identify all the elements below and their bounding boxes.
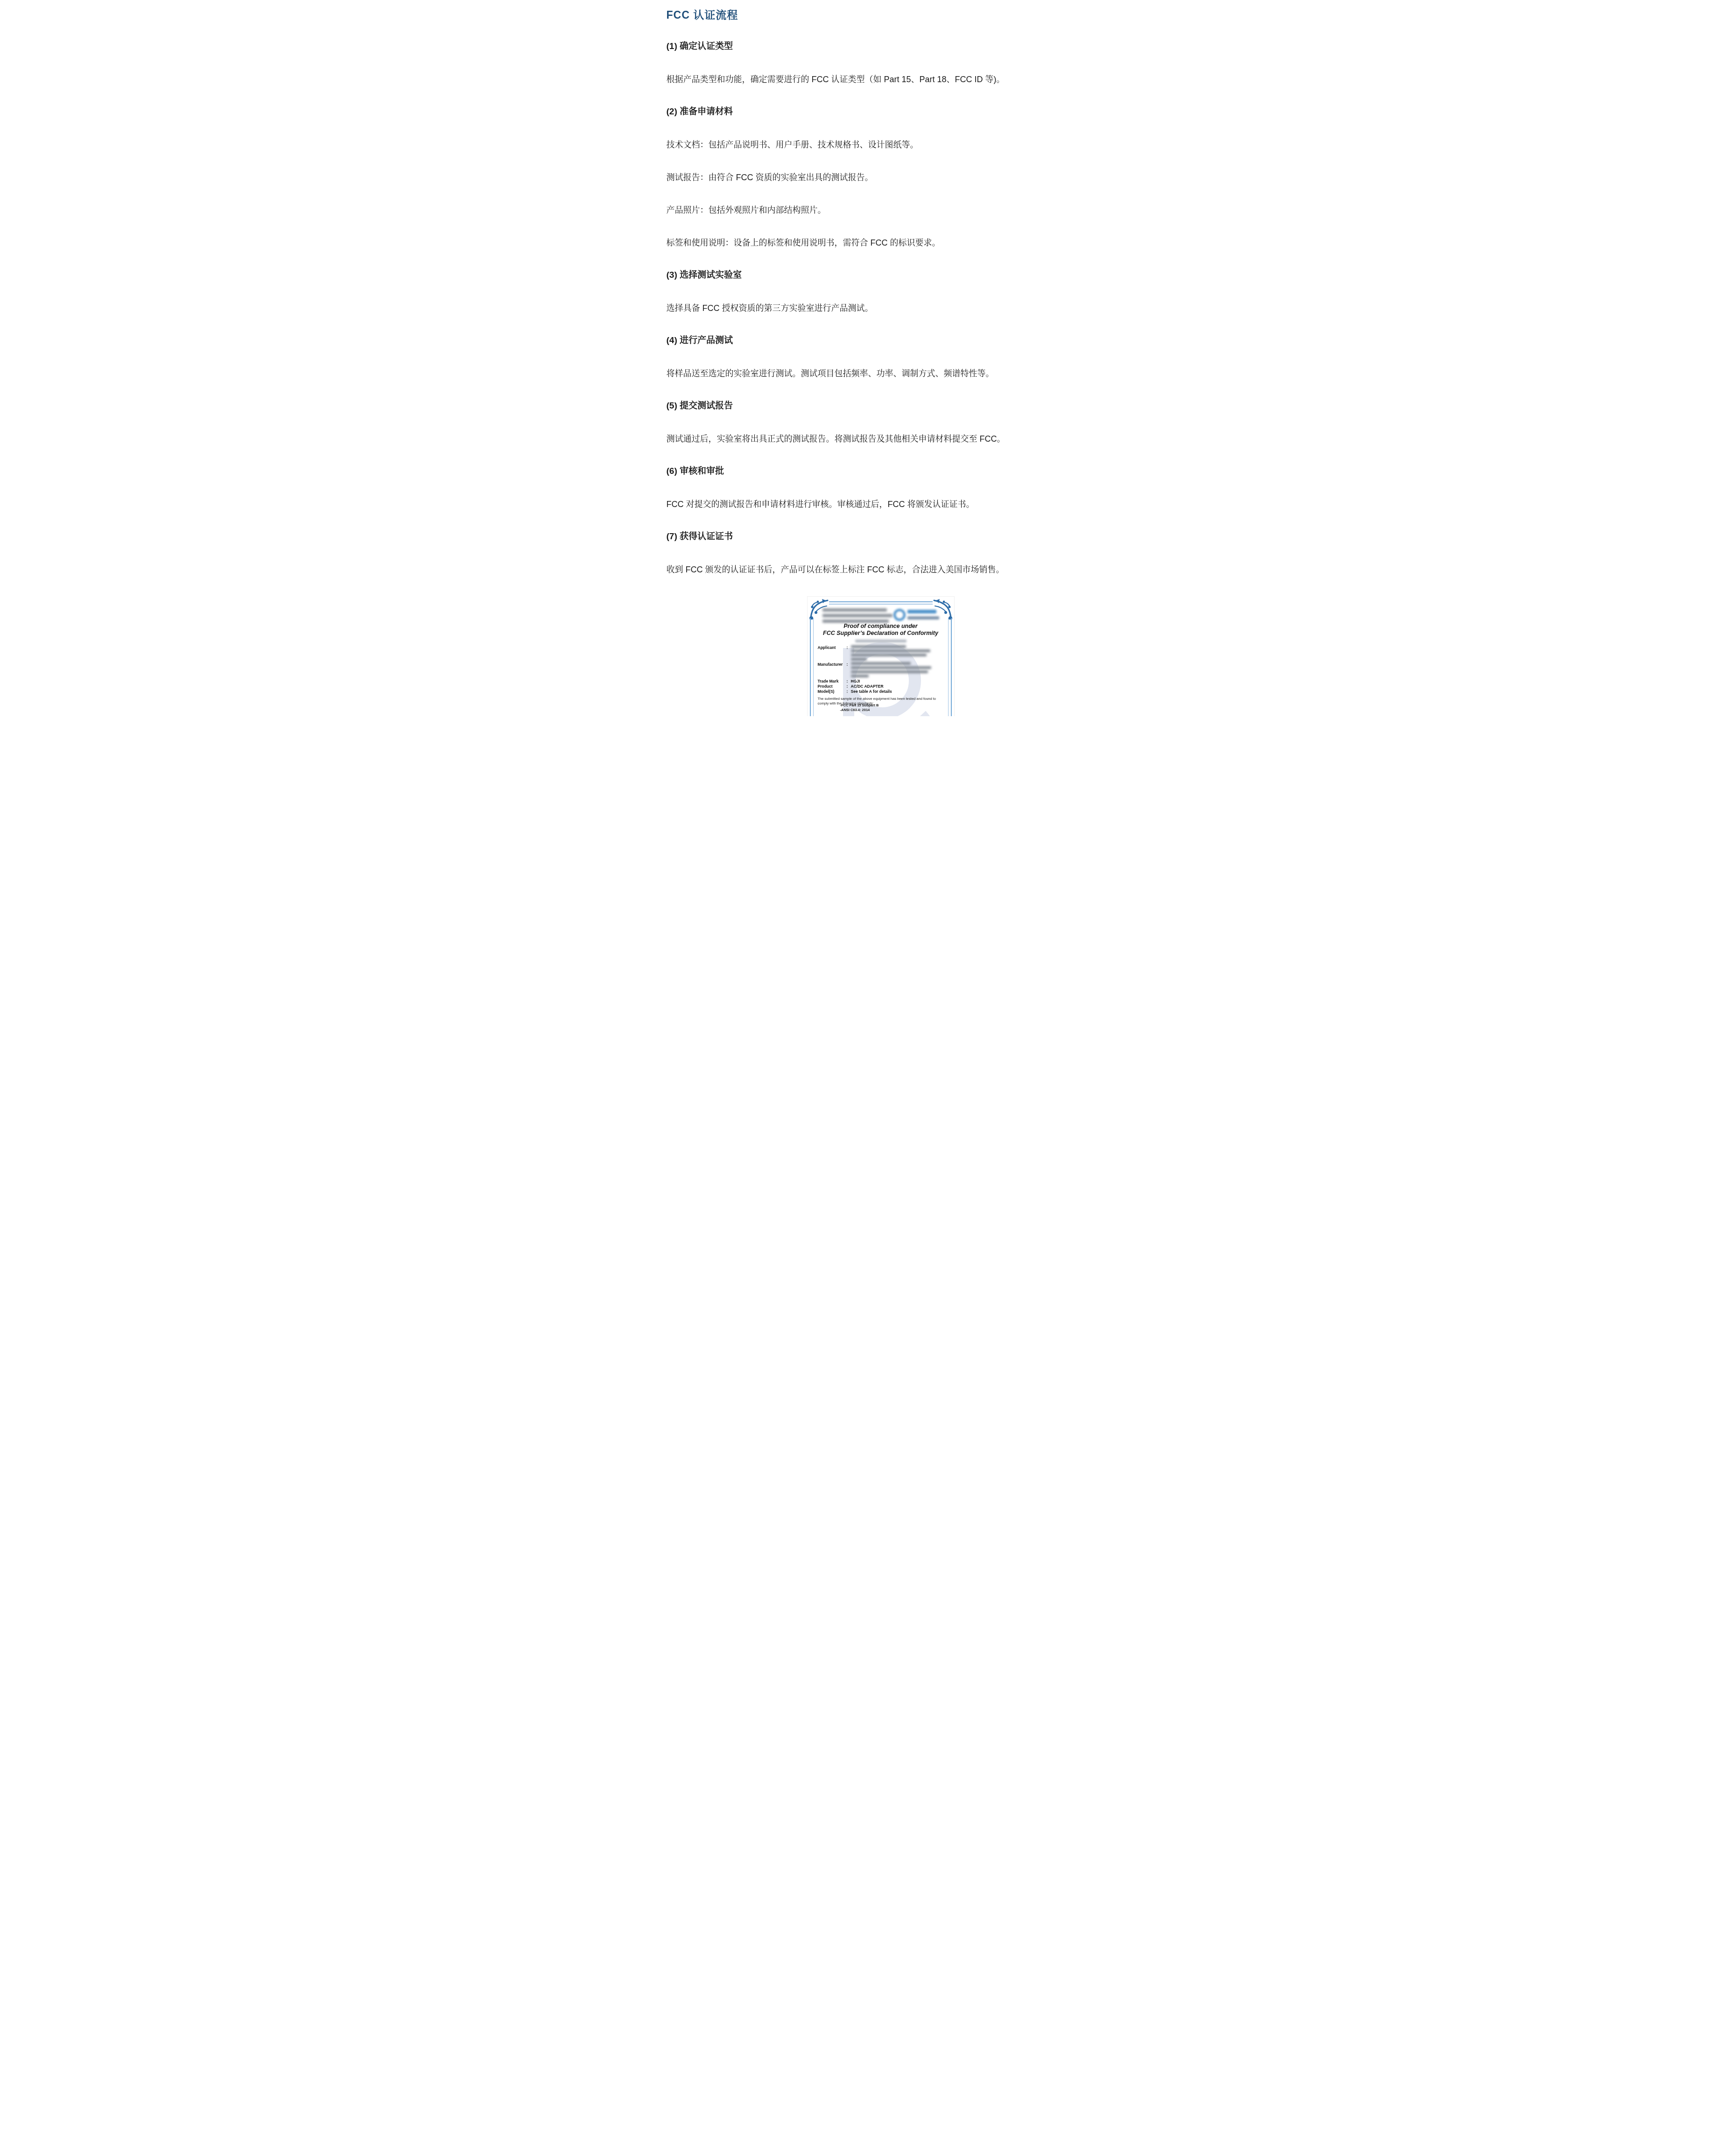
standard-item-2: -ANSI C63.4: 2014 (840, 708, 879, 712)
fcc-certificate-scan: Proof of compliance under FCC Supplier’s… (807, 596, 955, 716)
section-3-heading: (3) 选择测试实验室 (667, 269, 1077, 282)
section-2-paragraph-4: 标签和使用说明：设备上的标签和使用说明书，需符合 FCC 的标识要求。 (667, 237, 1077, 249)
section-1-paragraph-1: 根据产品类型和功能，确定需要进行的 FCC 认证类型（如 Part 15、Par… (667, 73, 1077, 85)
certificate-top-border-line (829, 601, 933, 602)
section-5-paragraph-1: 测试通过后，实验室将出具正式的测试报告。将测试报告及其他相关申请材料提交至 FC… (667, 433, 1077, 445)
page-title: FCC 认证流程 (667, 8, 1077, 22)
section-6-heading: (6) 审核和审批 (667, 465, 1077, 478)
section-3-paragraph-1: 选择具备 FCC 授权资质的第三方实验室进行产品测试。 (667, 302, 1077, 314)
applicant-label: Applicant (818, 645, 836, 650)
section-2-paragraph-1: 技术文档：包括产品说明书、用户手册、技术规格书、设计图纸等。 (667, 139, 1077, 151)
standard-item-1: -FCC Part 15 Subpart B (840, 703, 879, 708)
models-value: See table A for details (851, 689, 892, 694)
section-4-heading: (4) 进行产品测试 (667, 335, 1077, 347)
blurred-certificate-number (855, 640, 907, 642)
trademark-label: Trade Mark (818, 679, 839, 683)
certificate-title-line1: Proof of compliance under (812, 623, 949, 630)
section-4-paragraph-1: 将样品送至选定的实验室进行测试。测试项目包括频率、功率、调制方式、频谱特性等。 (667, 367, 1077, 380)
certificate-foreground: Proof of compliance under FCC Supplier’s… (808, 597, 954, 716)
models-label: Model(S) (818, 689, 835, 694)
colon: : (847, 662, 848, 667)
blurred-applicant-value (851, 645, 940, 662)
blurred-lab-logo-icon (893, 608, 940, 625)
document-page: FCC 认证流程 (1) 确定认证类型 根据产品类型和功能，确定需要进行的 FC… (579, 0, 1158, 716)
certificate-title-line2: FCC Supplier’s Declaration of Conformity (812, 630, 949, 637)
colon: : (847, 679, 848, 683)
trademark-value: HGJI (851, 679, 860, 683)
section-5-heading: (5) 提交测试报告 (667, 400, 1077, 412)
section-7-heading: (7) 获得认证证书 (667, 531, 1077, 543)
section-7-paragraph-1: 收到 FCC 颁发的认证证书后，产品可以在标签上标注 FCC 标志，合法进入美国… (667, 564, 1077, 576)
section-2-heading: (2) 准备申请材料 (667, 106, 1077, 118)
standards-list: -FCC Part 15 Subpart B -ANSI C63.4: 2014 (840, 703, 879, 712)
product-label: Product (818, 684, 833, 689)
colon: : (847, 645, 848, 650)
section-1-heading: (1) 确定认证类型 (667, 41, 1077, 53)
section-2-paragraph-3: 产品照片：包括外观照片和内部结构照片。 (667, 204, 1077, 216)
manufacturer-label: Manufacturer (818, 662, 843, 667)
certificate-title: Proof of compliance under FCC Supplier’s… (812, 623, 949, 637)
product-value: AC/DC ADAPTER (851, 684, 884, 689)
blurred-manufacturer-value (851, 662, 940, 679)
document-content: FCC 认证流程 (1) 确定认证类型 根据产品类型和功能，确定需要进行的 FC… (667, 8, 1077, 716)
section-2-paragraph-2: 测试报告：由符合 FCC 资质的实验室出具的测试报告。 (667, 171, 1077, 183)
certificate-top-border-line-2 (829, 604, 933, 605)
colon: : (847, 684, 848, 689)
colon: : (847, 689, 848, 694)
section-6-paragraph-1: FCC 对提交的测试报告和申请材料进行审核。审核通过后，FCC 将颁发认证证书。 (667, 498, 1077, 510)
